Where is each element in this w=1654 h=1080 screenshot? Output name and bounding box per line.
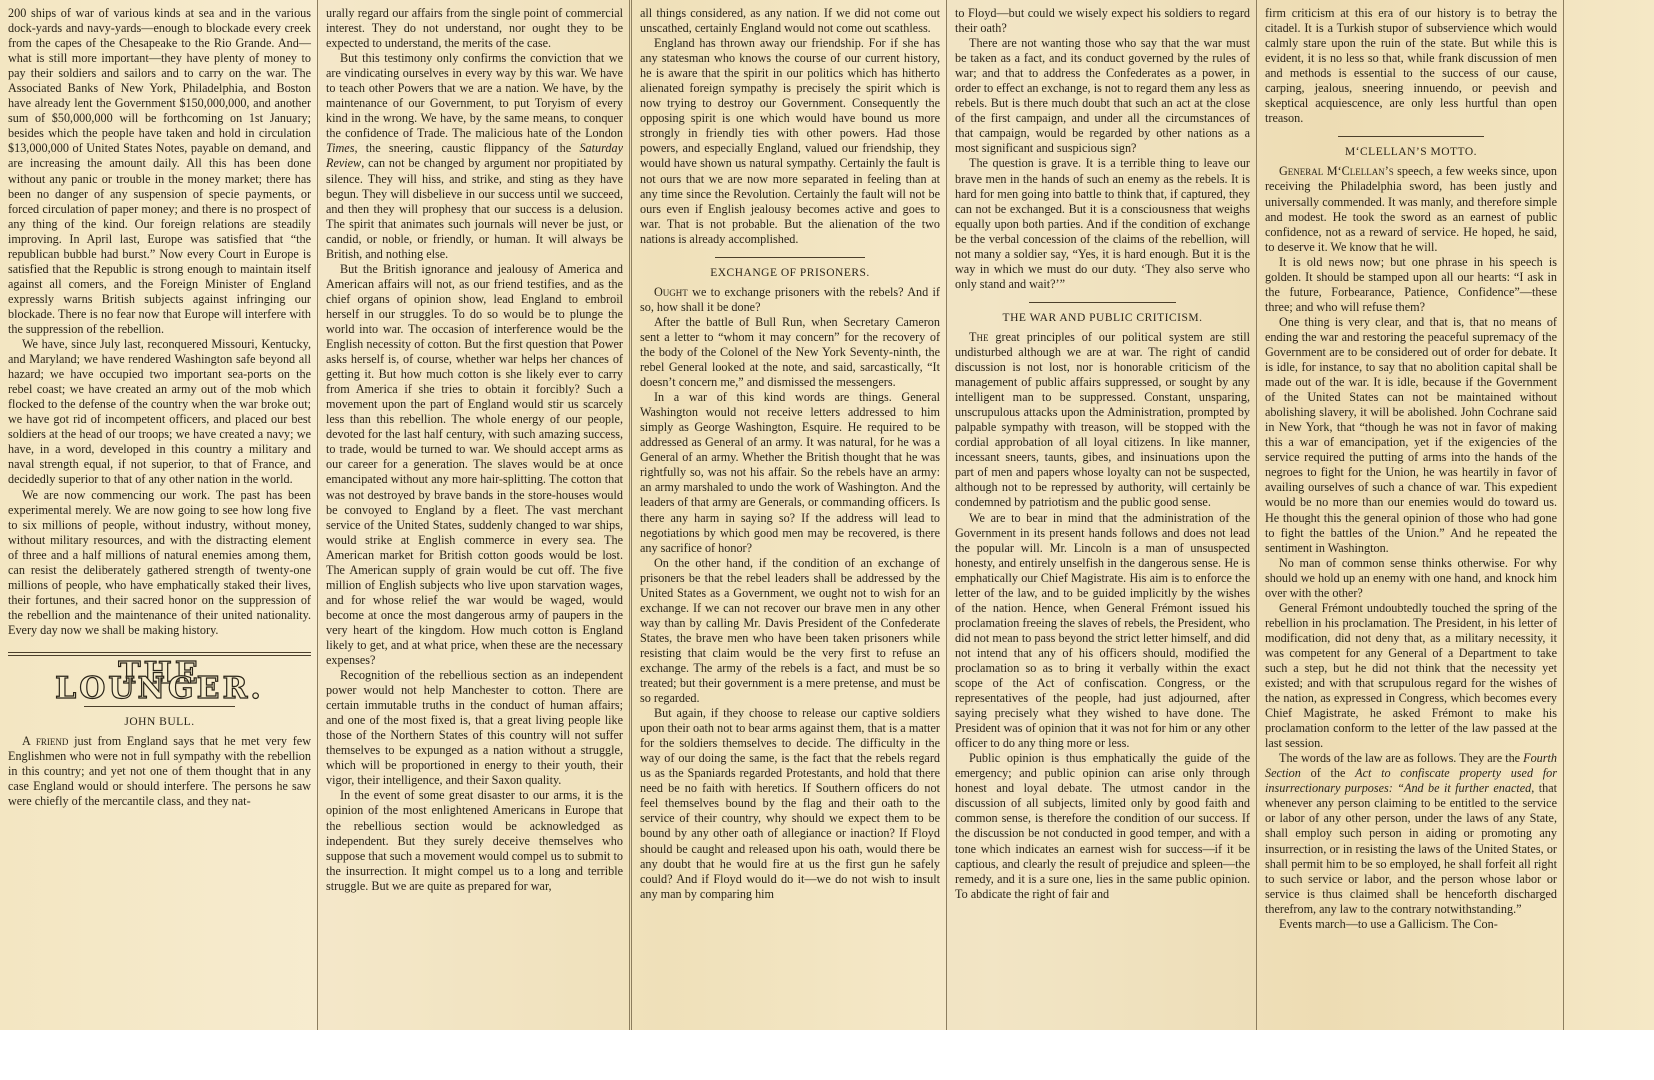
- article-heading-exchange-of-prisoners: EXCHANGE OF PRISONERS.: [640, 266, 940, 281]
- text: But this testimony only confirms the con…: [326, 51, 623, 140]
- paragraph: A friend just from England says that he …: [8, 734, 311, 809]
- paragraph: all things considered, as any nation. If…: [640, 6, 940, 36]
- lounger-masthead: THE LOUNGER.: [8, 666, 311, 696]
- paragraph: 200 ships of war of various kinds at sea…: [8, 6, 311, 337]
- paragraph: General Frémont undoubtedly touched the …: [1265, 601, 1557, 751]
- paragraph: In the event of some great disaster to o…: [326, 788, 623, 893]
- paragraph: firm criticism at this era of our histor…: [1265, 6, 1557, 126]
- lead-in: General M‘Clellan’s: [1279, 164, 1394, 178]
- paragraph: General M‘Clellan’s speech, a few weeks …: [1265, 164, 1557, 254]
- scan-margin: [0, 1030, 1654, 1080]
- paragraph: urally regard our affairs from the singl…: [326, 6, 623, 51]
- paragraph: The words of the law are as follows. The…: [1265, 751, 1557, 917]
- paragraph: One thing is very clear, and that is, th…: [1265, 315, 1557, 556]
- article-heading-john-bull: JOHN BULL.: [8, 715, 311, 730]
- lead-in: The: [969, 330, 988, 344]
- column-5: firm criticism at this era of our histor…: [1257, 0, 1564, 1030]
- paragraph: Events march—to use a Gallicism. The Con…: [1265, 917, 1557, 932]
- paragraph: The great principles of our political sy…: [955, 330, 1250, 511]
- column-3: all things considered, as any nation. If…: [632, 0, 947, 1030]
- ornamental-rule: [1338, 136, 1484, 137]
- paragraph: In a war of this kind words are things. …: [640, 390, 940, 556]
- paragraph: England has thrown away our friendship. …: [640, 36, 940, 247]
- text: of the: [1301, 766, 1355, 780]
- paragraph: But the British ignorance and jealousy o…: [326, 262, 623, 668]
- paragraph: But again, if they choose to release our…: [640, 706, 940, 902]
- paragraph: On the other hand, if the condition of a…: [640, 556, 940, 706]
- ornamental-rule: [715, 257, 865, 258]
- lead-in: A friend: [22, 734, 68, 748]
- paragraph: No man of common sense thinks otherwise.…: [1265, 556, 1557, 601]
- column-4: to Floyd—but could we wisely expect his …: [947, 0, 1257, 1030]
- paragraph: Recognition of the rebellious section as…: [326, 668, 623, 788]
- paragraph: Public opinion is thus emphatically the …: [955, 751, 1250, 901]
- ornamental-rule: [84, 706, 236, 707]
- newspaper-page: 200 ships of war of various kinds at sea…: [0, 0, 1654, 1080]
- paragraph: After the battle of Bull Run, when Secre…: [640, 315, 940, 390]
- paragraph: We have, since July last, reconquered Mi…: [8, 337, 311, 487]
- paragraph: We are to bear in mind that the administ…: [955, 511, 1250, 752]
- paragraph: to Floyd—but could we wisely expect his …: [955, 6, 1250, 36]
- column-1: 200 ships of war of various kinds at sea…: [0, 0, 318, 1030]
- paragraph: We are now commencing our work. The past…: [8, 488, 311, 638]
- column-2: urally regard our affairs from the singl…: [318, 0, 632, 1030]
- text: , the sneering, caustic flippancy of the: [354, 141, 579, 155]
- paragraph: Ought we to exchange prisoners with the …: [640, 285, 940, 315]
- publication-title: Times: [326, 141, 354, 155]
- text: , can not be changed by argument nor pro…: [326, 156, 623, 260]
- ornamental-rule: [1029, 302, 1177, 303]
- text: , that whenever any person claiming to b…: [1265, 781, 1557, 915]
- paragraph-text: great principles of our political system…: [955, 330, 1250, 510]
- article-heading-war-and-public-criticism: THE WAR AND PUBLIC CRITICISM.: [955, 311, 1250, 326]
- article-heading-mcclellans-motto: M‘CLELLAN’S MOTTO.: [1265, 145, 1557, 160]
- text: The words of the law are as follows. The…: [1279, 751, 1523, 765]
- paragraph: There are not wanting those who say that…: [955, 36, 1250, 156]
- paragraph: But this testimony only confirms the con…: [326, 51, 623, 262]
- lead-in: Ought: [654, 285, 688, 299]
- paragraph: It is old news now; but one phrase in hi…: [1265, 255, 1557, 315]
- paragraph: The question is grave. It is a terrible …: [955, 156, 1250, 291]
